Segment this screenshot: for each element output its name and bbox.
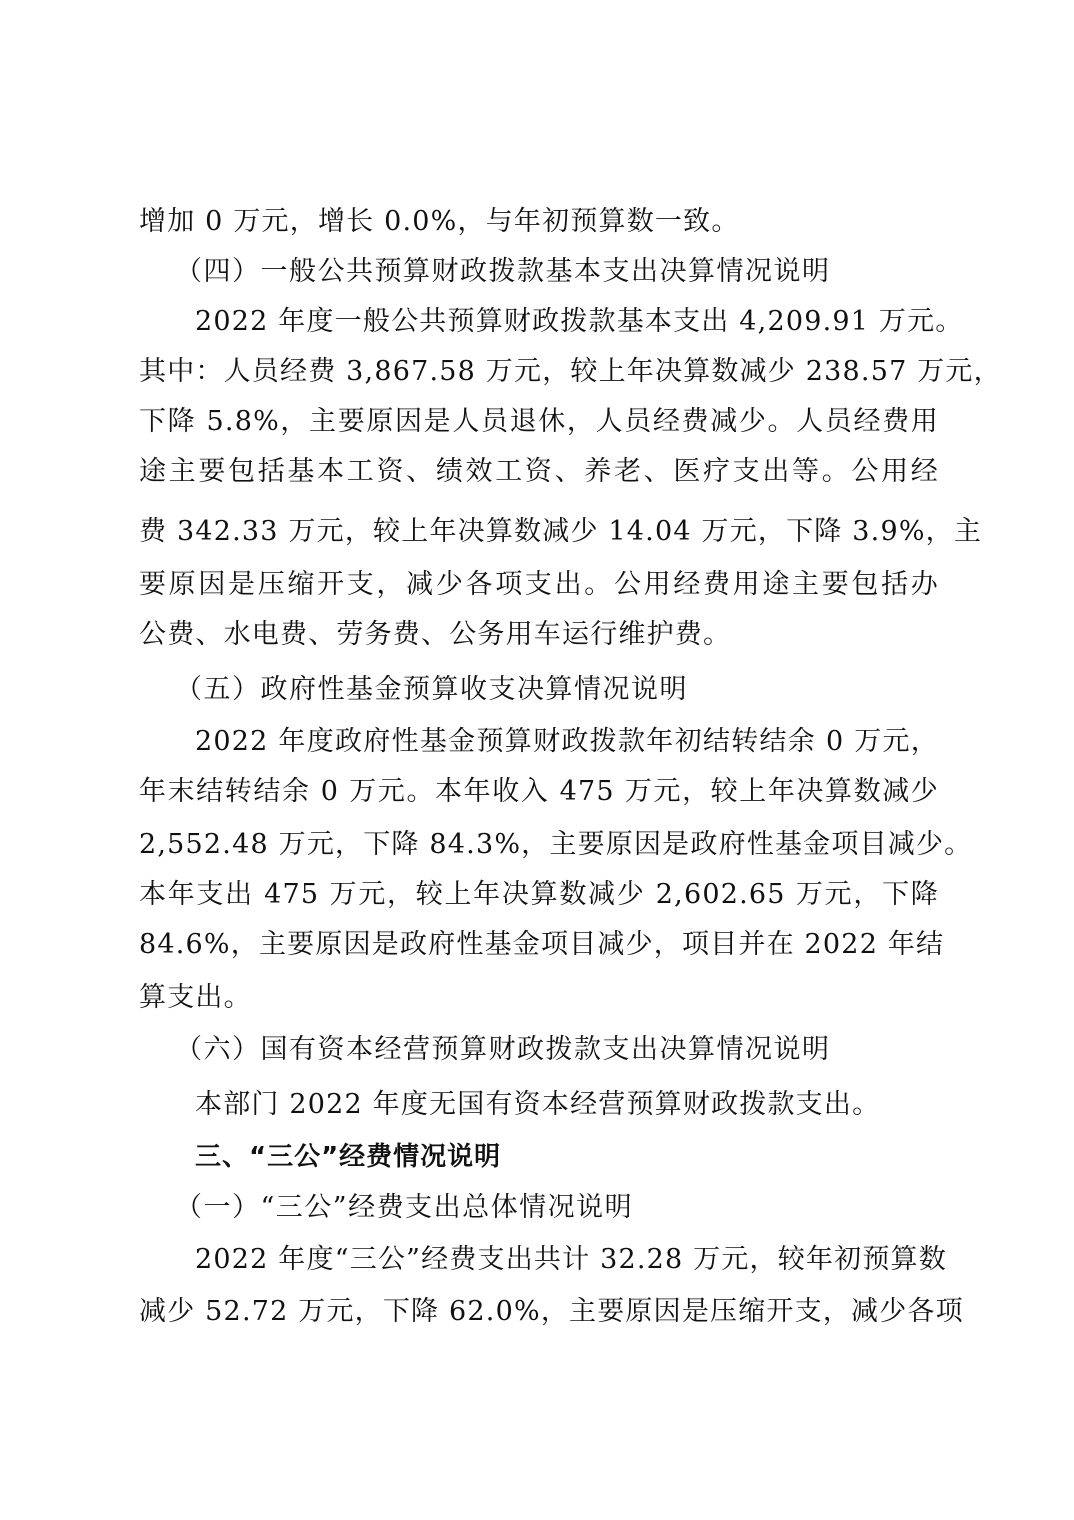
paragraph-line: 算支出。 [139, 981, 939, 1015]
document-page: 增加 0 万元，增长 0.0%，与年初预算数一致。 （四）一般公共预算财政拨款基… [0, 0, 1074, 1520]
section-subheading-1: （一）“三公”经费支出总体情况说明 [175, 1191, 633, 1225]
paragraph-line: 其中：人员经费 3,867.58 万元，较上年决算数减少 238.57 万元， [139, 355, 939, 389]
section-subheading-5: （五）政府性基金预算收支决算情况说明 [175, 673, 688, 707]
paragraph-line: 84.6%，主要原因是政府性基金项目减少，项目并在 2022 年结 [139, 928, 939, 962]
paragraph-line: 2022 年度一般公共预算财政拨款基本支出 4,209.91 万元。 [195, 305, 939, 339]
paragraph-line: 增加 0 万元，增长 0.0%，与年初预算数一致。 [139, 205, 939, 239]
paragraph-line: 费 342.33 万元，较上年决算数减少 14.04 万元，下降 3.9%，主 [139, 515, 939, 549]
paragraph-line: 下降 5.8%，主要原因是人员退休，人员经费减少。人员经费用 [139, 405, 939, 439]
paragraph-line: 本部门 2022 年度无国有资本经营预算财政拨款支出。 [195, 1088, 995, 1122]
section-subheading-4: （四）一般公共预算财政拨款基本支出决算情况说明 [175, 255, 831, 289]
paragraph-line: 2,552.48 万元，下降 84.3%，主要原因是政府性基金项目减少。 [139, 828, 939, 862]
section-subheading-6: （六）国有资本经营预算财政拨款支出决算情况说明 [175, 1033, 831, 1067]
paragraph-line: 公费、水电费、劳务费、公务用车运行维护费。 [139, 618, 939, 652]
paragraph-line: 本年支出 475 万元，较上年决算数减少 2,602.65 万元，下降 [139, 878, 939, 912]
section-heading-3: 三、“三公”经费情况说明 [195, 1140, 501, 1174]
paragraph-line: 途主要包括基本工资、绩效工资、养老、医疗支出等。公用经 [139, 455, 939, 489]
paragraph-line: 减少 52.72 万元，下降 62.0%，主要原因是压缩开支，减少各项 [139, 1295, 939, 1329]
paragraph-line: 2022 年度“三公”经费支出共计 32.28 万元，较年初预算数 [195, 1243, 939, 1277]
paragraph-line: 年末结转结余 0 万元。本年收入 475 万元，较上年决算数减少 [139, 775, 939, 809]
paragraph-line: 2022 年度政府性基金预算财政拨款年初结转结余 0 万元， [195, 725, 939, 759]
paragraph-line: 要原因是压缩开支，减少各项支出。公用经费用途主要包括办 [139, 568, 939, 602]
